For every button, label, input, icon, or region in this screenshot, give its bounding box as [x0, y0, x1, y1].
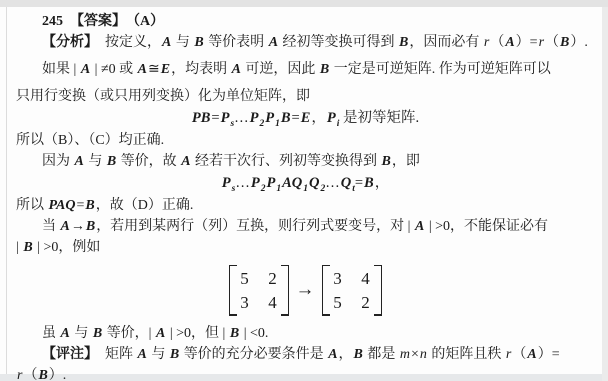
- remark-line: 【评注】 矩阵 A 与 B 等价的充分必要条件是 A，B 都是 m×n 的矩阵且…: [16, 344, 594, 365]
- solution-text-block: 245 【答案】 （A） 【分析】 按定义，A 与 B 等价表明 A 经初等变换…: [16, 11, 594, 381]
- scan-edge-right: [602, 7, 608, 381]
- analysis-line: 【分析】 按定义，A 与 B 等价表明 A 经初等变换可得到 B，因而必有 r（…: [16, 32, 594, 53]
- text-line: | B | >0，例如: [16, 237, 594, 258]
- scan-edge-left-line: [6, 7, 7, 374]
- scanned-page: 245 【答案】 （A） 【分析】 按定义，A 与 B 等价表明 A 经初等变换…: [0, 0, 608, 381]
- text-line: 当 A→B，若用到某两行（列）互换，则行列式要变号，对 | A | >0，不能保…: [16, 216, 594, 237]
- text-line: 如果 | A | ≠0 或 A≅E，均表明 A 可逆，因此 B 一定是可逆矩阵.…: [16, 59, 594, 80]
- text-line: 只用行变换（或只用列变换）化为单位矩阵，即: [16, 86, 594, 107]
- matrix-cell: 4: [361, 270, 371, 287]
- scan-edge-top: [0, 0, 608, 7]
- text-line: 所以 PAQ=B，故（D）正确.: [16, 195, 594, 216]
- matrix-cell: 2: [361, 294, 371, 311]
- formula-line: Ps…P2P1AQ1Q2…Qt=B，: [16, 172, 594, 195]
- matrix-transformation: 5 2 3 4 → 3 4 5 2: [16, 259, 594, 321]
- matrix-cell: 2: [268, 270, 278, 287]
- answer-line: 245 【答案】 （A）: [16, 11, 594, 32]
- arrow-right-icon: →: [296, 279, 315, 301]
- matrix-cell: 4: [268, 294, 278, 311]
- text-line: r（B）.: [16, 365, 594, 381]
- matrix-before: 5 2 3 4: [229, 265, 289, 316]
- matrix-cell: 3: [333, 270, 343, 287]
- text-line: 虽 A 与 B 等价，| A | >0，但 | B | <0.: [16, 323, 594, 344]
- text-line: 所以（B）、（C）均正确.: [16, 130, 594, 151]
- text-line: 因为 A 与 B 等价，故 A 经若干次行、列初等变换得到 B，即: [16, 151, 594, 172]
- matrix-after: 3 4 5 2: [322, 265, 382, 316]
- formula-line: PB=Ps…P2P1B=E，Pi 是初等矩阵.: [16, 107, 594, 130]
- matrix-cell: 5: [333, 294, 343, 311]
- matrix-cell: 5: [240, 270, 250, 287]
- matrix-cell: 3: [240, 294, 250, 311]
